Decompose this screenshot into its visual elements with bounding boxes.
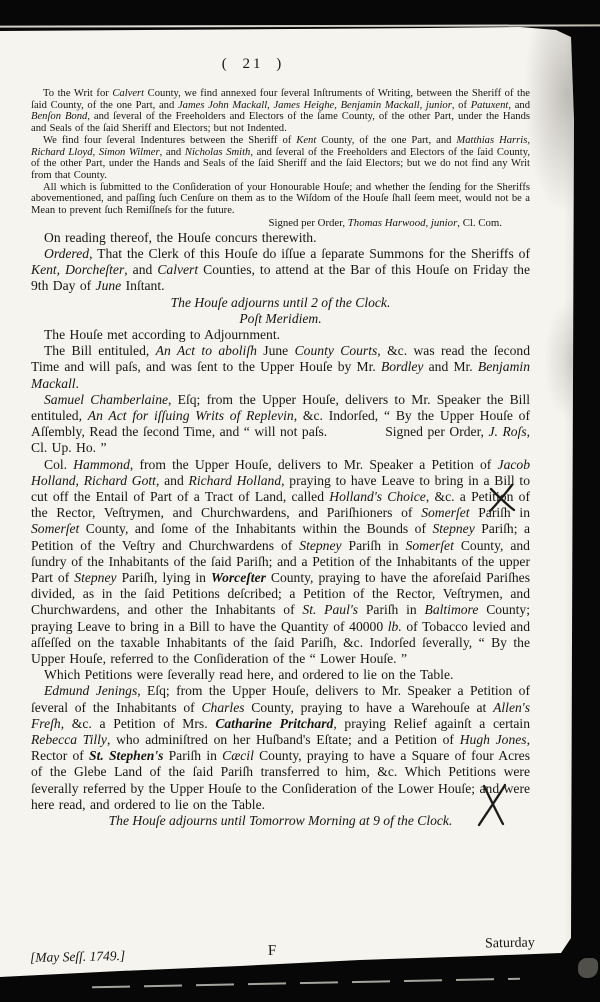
text-segment: J. Roſs — [488, 424, 526, 439]
text-flow: ( 21 ) To the Writ for Calvert County, w… — [31, 54, 530, 829]
text-segment: , and — [160, 147, 185, 158]
text-segment: Signed per Order, — [268, 217, 347, 229]
paragraph: The Houſe adjourns until Tomorrow Mornin… — [31, 813, 530, 829]
handwritten-x-icon — [487, 482, 517, 512]
text-segment: Calvert — [112, 88, 144, 99]
text-segment: Kent, Dorcheſter — [31, 262, 124, 277]
text-segment: To the Writ for — [43, 88, 112, 99]
text-segment: We find four ſeveral Indentures between … — [43, 135, 296, 146]
text-segment: County, and ſome of the Inhabitants with… — [79, 521, 432, 536]
text-segment: Ordered — [44, 246, 89, 261]
text-segment: Holland's Choice — [329, 489, 426, 504]
text-segment: , &c. a Petition of Mrs. — [61, 716, 216, 731]
paragraph: Which Petitions were ſeverally read here… — [31, 667, 530, 683]
text-segment: Edmund Jenings — [44, 683, 137, 698]
text-segment: The Houſe adjourns until Tomorrow Mornin… — [109, 813, 453, 828]
paragraph: Poſt Meridiem. — [31, 311, 530, 327]
text-segment: An Act to aboliſh — [156, 343, 257, 358]
text-segment: Stepney — [432, 521, 474, 536]
text-segment: The Houſe adjourns until 2 of the Clock. — [171, 295, 391, 310]
text-segment: Col. — [44, 457, 73, 472]
text-segment: County, of the one Part, and — [316, 135, 456, 146]
text-segment: June — [96, 278, 122, 293]
handwritten-x-icon — [477, 783, 509, 827]
text-segment: Pariſh in — [358, 602, 424, 617]
text-segment: Bordley — [381, 359, 424, 374]
text-segment: Catharine Pritchard — [215, 716, 333, 731]
paragraph: We find four ſeveral Indentures between … — [31, 135, 530, 182]
scan-artifact-blob — [578, 958, 598, 978]
paragraph: All which is ſubmitted to the Conſiderat… — [31, 182, 530, 217]
text-segment: Pariſh in — [163, 748, 222, 763]
text-segment: Charles — [201, 700, 244, 715]
session-label: [May Seſſ. 1749.] — [30, 948, 126, 966]
text-segment: Inſtant. — [121, 278, 164, 293]
scanned-page-background: ( 21 ) To the Writ for Calvert County, w… — [0, 0, 600, 1002]
text-segment: Patuxent — [471, 100, 509, 111]
text-segment: Stepney — [74, 570, 116, 585]
text-segment: , and — [508, 100, 530, 111]
text-segment: , Cl. Com. — [457, 217, 502, 229]
text-segment: Signed per Order, — [385, 424, 488, 439]
text-segment: Pariſh, lying in — [117, 570, 211, 585]
text-segment: County, praying to have a Warehouſe at — [245, 700, 494, 715]
paragraph: To the Writ for Calvert County, we find … — [31, 88, 530, 135]
text-segment: Rebecca Tilly — [31, 732, 107, 747]
text-segment: St. Stephen's — [89, 748, 163, 763]
paragraph: Col. Hammond, from the Upper Houſe, deli… — [31, 457, 530, 668]
text-segment: The Bill entituled, — [44, 343, 156, 358]
paragraph: The Bill entituled, An Act to aboliſh Ju… — [31, 343, 530, 392]
signature-mark: F — [268, 943, 277, 960]
text-segment: lb. — [388, 619, 402, 634]
text-segment: County Courts — [295, 343, 378, 358]
text-segment: , and ſeveral of the Freeholders and Ele… — [31, 111, 530, 134]
text-segment: Cæcil — [222, 748, 254, 763]
text-segment: , and — [124, 262, 157, 277]
text-segment: , who adminiſtred on her Huſband's Eſtat… — [107, 732, 460, 747]
text-segment: James John Mackall, James Heighe, Benjam… — [178, 100, 452, 111]
paragraph: Ordered, That the Clerk of this Houſe do… — [31, 246, 530, 295]
text-segment: Pariſh in — [342, 538, 406, 553]
text-segment: The Houſe met according to Adjournment. — [44, 327, 280, 342]
text-segment: Kent — [296, 135, 316, 146]
text-segment: Hugh Jones — [460, 732, 527, 747]
text-segment: Stepney — [299, 538, 341, 553]
text-segment: Somerſet — [406, 538, 454, 553]
margin-x-mark-1 — [487, 482, 517, 512]
paragraph: The Houſe met according to Adjournment. — [31, 327, 530, 343]
paragraph: On reading thereof, the Houſe concurs th… — [31, 230, 530, 246]
text-segment: Poſt Meridiem. — [239, 311, 321, 326]
text-segment: Baltimore — [425, 602, 479, 617]
text-segment: St. Paul's — [302, 602, 358, 617]
text-segment: Hammond — [73, 457, 130, 472]
text-segment: , That the Clerk of this Houſe do iſſue … — [89, 246, 530, 261]
text-segment: Somerſet — [421, 505, 469, 520]
text-segment: An Act for iſſuing Writs of Replevin — [88, 408, 294, 423]
text-segment: . — [76, 376, 79, 391]
text-segment: , from the Upper Houſe, delivers to Mr. … — [130, 457, 498, 472]
text-segment: Which Petitions were ſeverally read here… — [44, 667, 453, 682]
text-segment: , praying Relief againſt a certain — [333, 716, 530, 731]
text-segment: Richard Holland — [189, 473, 282, 488]
text-segment: Somerſet — [31, 521, 79, 536]
text-segment: All which is ſubmitted to the Conſiderat… — [31, 182, 530, 216]
margin-x-mark-2 — [477, 783, 509, 827]
paragraph: Edmund Jenings, Eſq; from the Upper Houſ… — [31, 683, 530, 813]
catchword: Saturday — [485, 935, 535, 952]
text-segment: , of — [452, 100, 471, 111]
text-segment: June — [257, 343, 295, 358]
text-segment: Nicholas Smith — [185, 147, 250, 158]
text-segment: On reading thereof, the Houſe concurs th… — [44, 230, 317, 245]
text-segment: Thomas Harwood, junior — [348, 217, 458, 229]
paragraph: Signed per Order, Thomas Harwood, junior… — [31, 217, 530, 230]
text-segment: Worceſter — [211, 570, 266, 585]
scan-artifact-streak — [92, 978, 520, 989]
text-segment: and Mr. — [423, 359, 477, 374]
text-segment: , and — [156, 473, 189, 488]
page-number: ( 21 ) — [31, 54, 530, 74]
text-segment: Calvert — [157, 262, 198, 277]
paragraph: Samuel Chamberlaine, Eſq; from the Upper… — [31, 392, 530, 457]
text-segment: Samuel Chamberlaine — [44, 392, 168, 407]
text-segment: Benſon Bond — [31, 111, 87, 122]
paragraph: The Houſe adjourns until 2 of the Clock. — [31, 295, 530, 311]
